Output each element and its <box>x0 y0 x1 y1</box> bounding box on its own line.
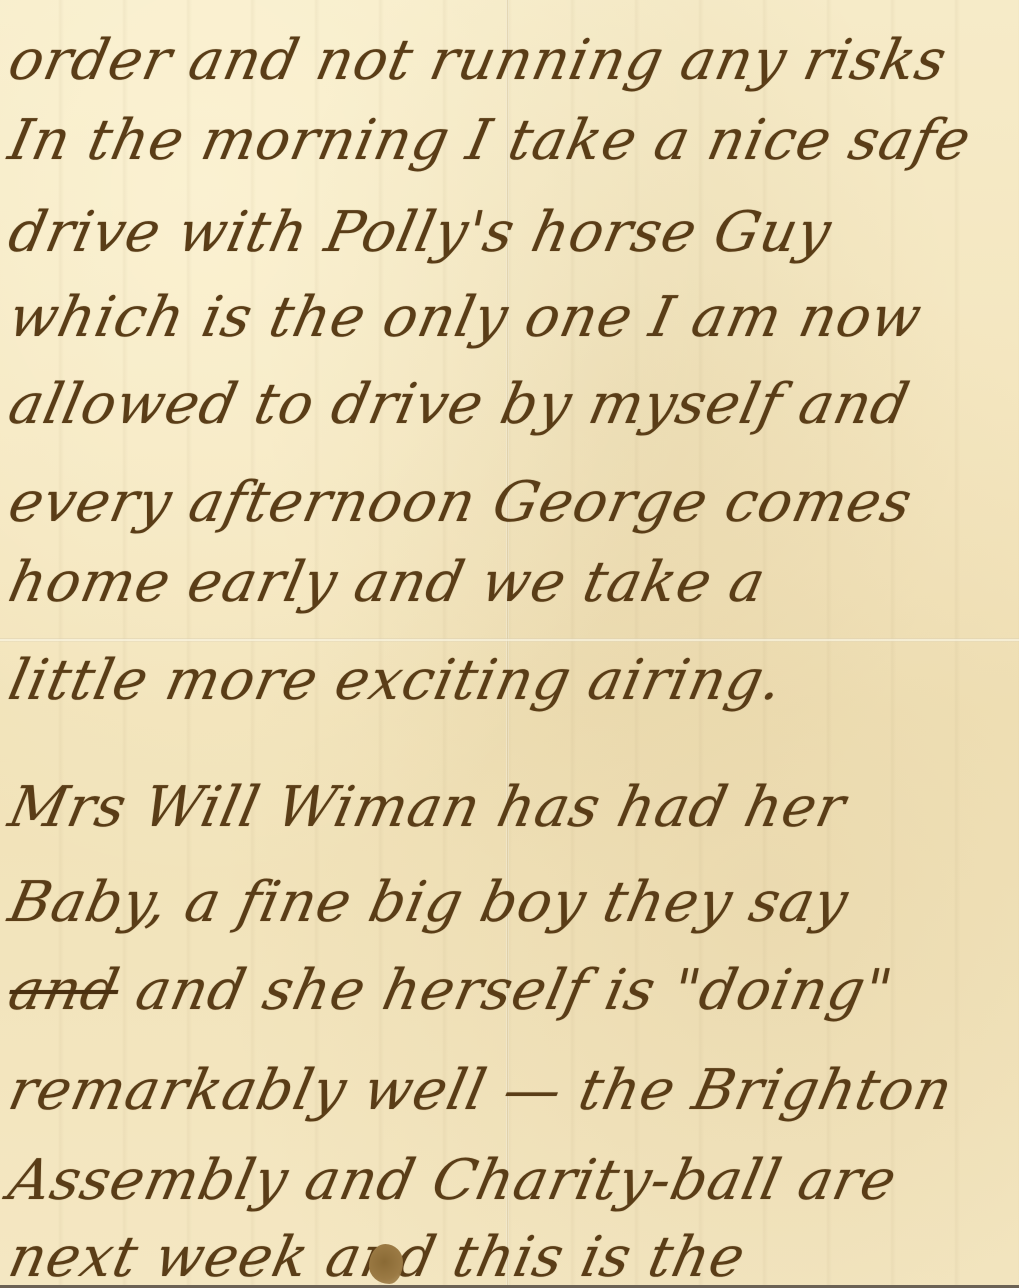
letter-line-13: Assembly and Charity-ball are <box>3 1148 902 1213</box>
struck-out-word: and <box>3 958 125 1023</box>
letter-line-1: order and not running any risks <box>3 28 953 93</box>
letter-line-9: Mrs Will Wiman has had her <box>3 775 851 840</box>
letter-line-3: drive with Polly's horse Guy <box>3 200 837 265</box>
letter-line-11: and and she herself is "doing" <box>3 958 898 1023</box>
letter-line-5: allowed to drive by myself and <box>3 372 915 437</box>
handwritten-text-block: order and not running any risks In the m… <box>0 0 1019 1288</box>
letter-line-6: every afternoon George comes <box>3 470 918 535</box>
letter-line-8: little more exciting airing. <box>3 648 789 713</box>
letter-page: order and not running any risks In the m… <box>0 0 1019 1288</box>
letter-line-10: Baby, a fine big boy they say <box>3 870 854 935</box>
ink-blot-stain <box>369 1244 403 1284</box>
letter-line-7: home early and we take a <box>3 550 771 615</box>
letter-line-4: which is the only one I am now <box>3 285 928 350</box>
letter-line-11-text: and she herself is "doing" <box>130 958 898 1023</box>
letter-line-2: In the morning I take a nice safe <box>3 108 977 173</box>
letter-line-12: remarkably well — the Brighton <box>3 1058 959 1123</box>
